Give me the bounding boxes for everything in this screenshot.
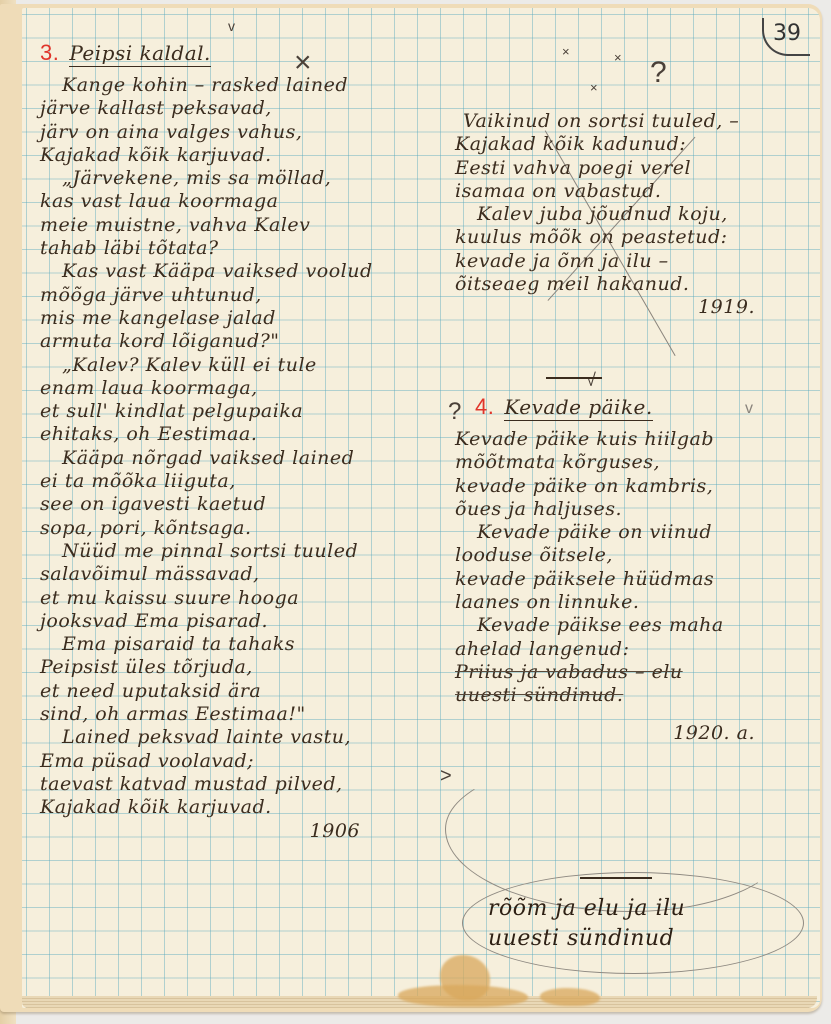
poem-line: Kevade päikse ees maha — [455, 614, 800, 637]
poem-line: Lained peksvad lainte vastu, — [40, 726, 430, 749]
poem-4-heading: 4. Kevade päike. — [455, 394, 800, 428]
poem-line: Kevade päike kuis hiilgab — [455, 428, 800, 451]
poem-line: Ema püsad voolavad; — [40, 750, 430, 773]
poem-line: õitseaeg meil hakanud. — [455, 273, 800, 296]
revision-line: rõõm ja elu ja ilu — [488, 894, 685, 924]
poem-line: Kalev juba jõudnud koju, — [455, 203, 800, 226]
poem-line: Kajakad kõik karjuvad. — [40, 144, 430, 167]
poem-line: mis me kangelase jalad — [40, 307, 430, 330]
poem-number: 3. — [40, 40, 59, 66]
poem-line: see on igavesti kaetud — [40, 493, 430, 516]
arrow-icon: > — [440, 765, 452, 788]
poem-4-revision: rõõm ja elu ja ilu uuesti sündinud — [488, 894, 685, 954]
poem-line: kas vast laua koormaga — [40, 190, 430, 213]
poem-line: Peipsist üles tõrjuda, — [40, 656, 430, 679]
poem-3: 3. Peipsi kaldal. Kange kohin – rasked l… — [40, 40, 430, 843]
poem-line: et sull' kindlat pelgupaika — [40, 400, 430, 423]
poem-line: tahab läbi tõtata? — [40, 237, 430, 260]
poem-line: meie muistne, vahva Kalev — [40, 214, 430, 237]
poem-line: mõõga järve uhtunud, — [40, 284, 430, 307]
struck-poem-line: uuesti sündinud. — [455, 684, 800, 707]
poem-4: 4. Kevade päike. Kevade päike kuis hiilg… — [455, 394, 800, 745]
poem-year: 1906 — [40, 820, 430, 843]
poem-line: enam laua koormaga, — [40, 377, 430, 400]
revision-line: uuesti sündinud — [488, 924, 685, 954]
poem-year: 1920. a. — [455, 722, 800, 745]
stain-mark — [540, 988, 600, 1006]
question-mark-icon: ? — [650, 56, 667, 90]
check-mark-icon: v — [228, 18, 235, 34]
stain-mark — [398, 985, 528, 1007]
poem-line: jooksvad Ema pisarad. — [40, 610, 430, 633]
poem-line: kevade päike on kambris, — [455, 475, 800, 498]
poem-number: 4. — [475, 394, 494, 420]
poem-line: „Kalev? Kalev küll ei tule — [40, 354, 430, 377]
poem-line: et need uputaksid ära — [40, 680, 430, 703]
cross-mark-icon: × — [590, 80, 598, 95]
poem-title: Peipsi kaldal. — [69, 41, 211, 67]
poem-line: mõõtmata kõrguses, — [455, 451, 800, 474]
poem-line: Vaikinud on sortsi tuuled, – — [455, 110, 800, 133]
poem-line: isamaa on vabastud. — [455, 180, 800, 203]
poem-line: kevade ja õnn ja ilu – — [455, 250, 800, 273]
poem-line: Nüüd me pinnal sortsi tuuled — [40, 540, 430, 563]
poem-line: „Järvekene, mis sa möllad, — [40, 167, 430, 190]
section-divider — [546, 377, 602, 379]
poem-title: Kevade päike. — [504, 395, 652, 421]
poem-line: ahelad langenud: — [455, 638, 800, 661]
poem-line: Kas vast Kääpa vaiksed voolud — [40, 260, 430, 283]
poem-line: järv on aina valges vahus, — [40, 121, 430, 144]
poem-line: salavõimul mässavad, — [40, 563, 430, 586]
poem-line: järve kallast peksavad, — [40, 97, 430, 120]
poem-line: kevade päiksele hüüdmas — [455, 568, 800, 591]
poem-line: Kevade päike on viinud — [455, 521, 800, 544]
poem-year: 1919. — [455, 296, 800, 319]
poem-line: et mu kaissu suure hooga — [40, 587, 430, 610]
poem-line: Kajakad kõik kadunud: — [455, 133, 800, 156]
poem-line: sopa, pori, kõntsaga. — [40, 517, 430, 540]
poem-line: Kajakad kõik karjuvad. — [40, 796, 430, 819]
poem-line: Eesti vahva poegi verel — [455, 157, 800, 180]
poem-3-stanzas: Kange kohin – rasked lained järve kallas… — [40, 74, 430, 843]
poem-line: kuulus mõõk on peastetud: — [455, 226, 800, 249]
check-mark-icon: √ — [586, 370, 596, 391]
poem-line: ei ta mõõka liiguta, — [40, 470, 430, 493]
poem-line: Ema pisaraid ta tahaks — [40, 633, 430, 656]
struck-poem-line: Priius ja vabadus – elu — [455, 661, 800, 684]
poem-line: armuta kord lõiganud?" — [40, 330, 430, 353]
poem-line: õues ja haljuses. — [455, 498, 800, 521]
poem-3-continued: Vaikinud on sortsi tuuled, – Kajakad kõi… — [455, 110, 800, 320]
poem-line: taevast katvad mustad pilved, — [40, 773, 430, 796]
cross-mark-icon: × — [562, 44, 570, 59]
poem-line: ehitaks, oh Eestimaa. — [40, 423, 430, 446]
poem-line: sind, oh armas Eestimaa!" — [40, 703, 430, 726]
poem-line: Kange kohin – rasked lained — [40, 74, 430, 97]
poem-3-heading: 3. Peipsi kaldal. — [40, 40, 430, 74]
poem-line: Kääpa nõrgad vaiksed lained — [40, 447, 430, 470]
poem-line: looduse õitsele, — [455, 544, 800, 567]
poem-line: laanes on linnuke. — [455, 591, 800, 614]
cross-mark-icon: × — [614, 50, 622, 65]
